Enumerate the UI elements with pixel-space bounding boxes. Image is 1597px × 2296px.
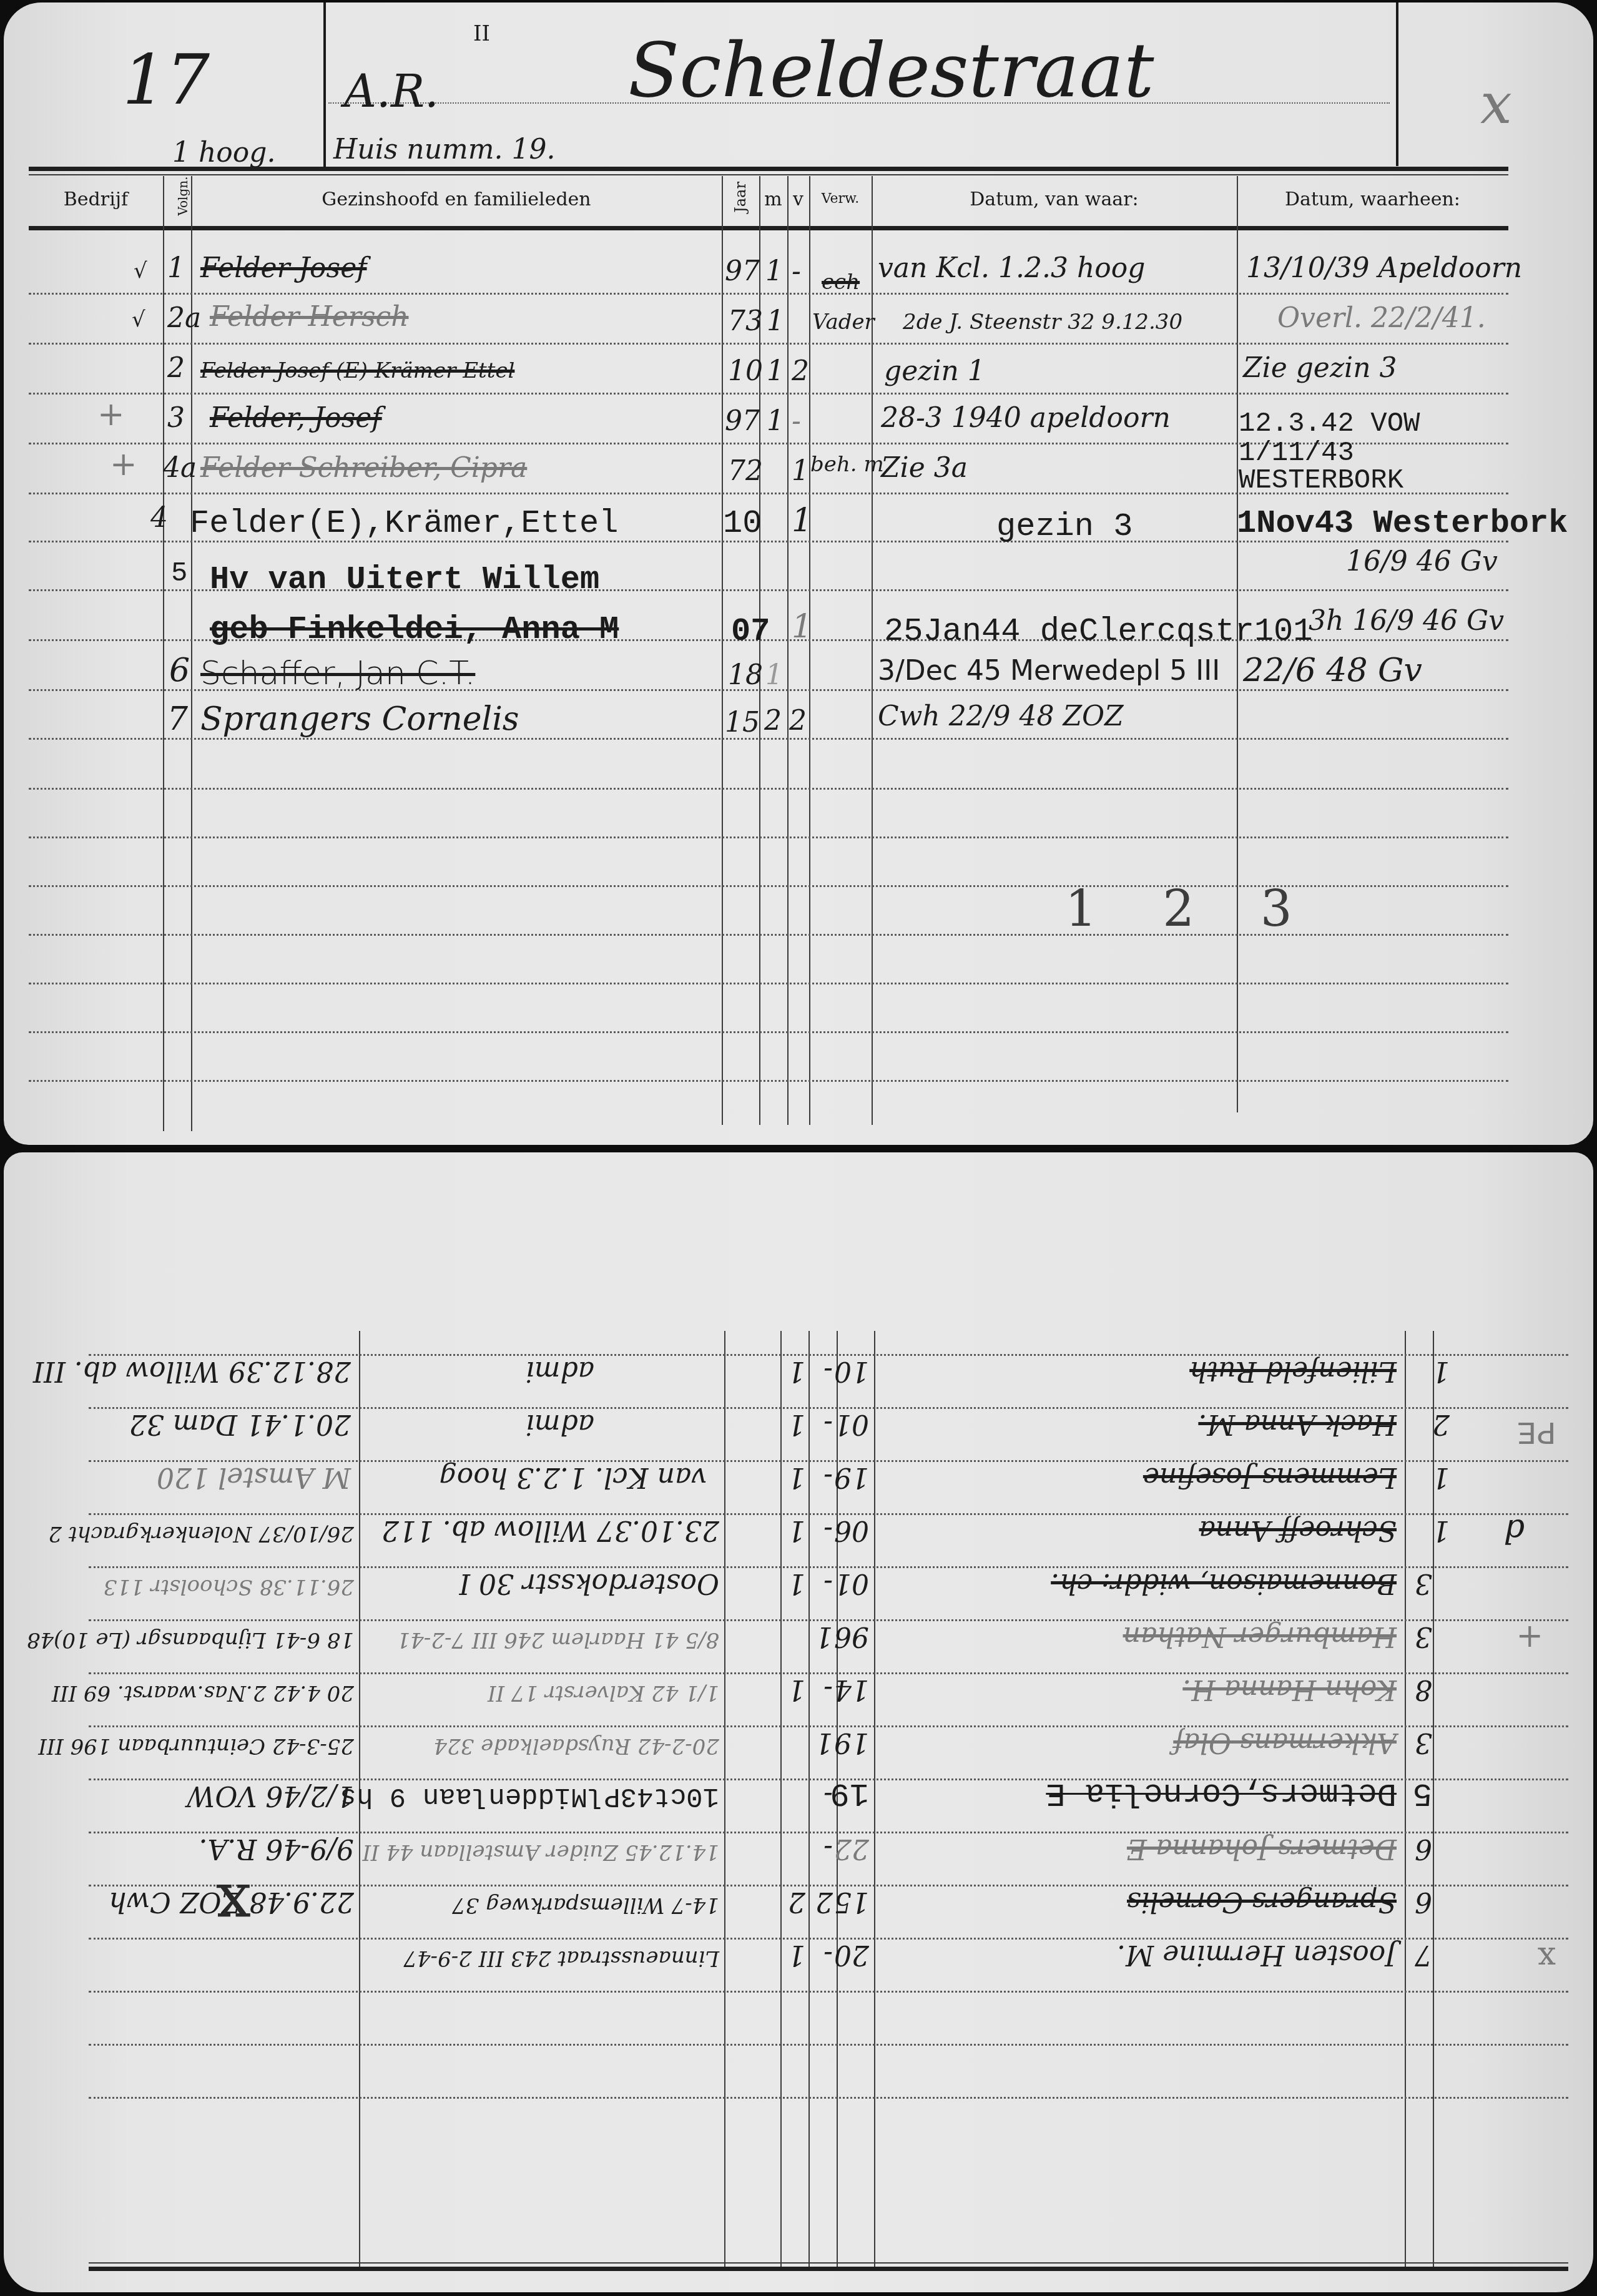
row-m: -: [823, 1355, 833, 1387]
row-volgn: 5: [1413, 1775, 1432, 1812]
row-name: Kohn Hanna H.: [1182, 1674, 1397, 1705]
row-volgn: 1: [1432, 1355, 1450, 1387]
row-m: -: [823, 1461, 833, 1493]
street-name: Scheldestraat: [628, 27, 1154, 114]
row-jaar: 15: [725, 707, 760, 738]
row-waarheen: 12.3.42 VOW: [1239, 408, 1420, 439]
row-volgn: 2a: [167, 302, 201, 334]
row-m: 2: [815, 1886, 833, 1918]
row-v: 1: [788, 1674, 805, 1705]
row-van-waar: 14.12.45 Zuider Amstellaan 44 II: [362, 1840, 719, 1865]
row-van-waar: 10ct43PlMiddenlaan 9 hs: [340, 1780, 719, 1812]
register-card-back-inverted: 1 Lilienfeld Ruth 10 - 1 admi 28.12.39 W…: [4, 1152, 1593, 2292]
row-name: Detmers Johanna E: [1127, 1833, 1397, 1865]
rule-v2: [1405, 1331, 1406, 2267]
row-waarheen: 13/10/39 Apeldoorn: [1246, 252, 1522, 284]
row-line: [29, 1031, 1508, 1033]
floor-label: 1 hoog.: [172, 137, 275, 169]
row-verw: ech: [822, 270, 860, 295]
row-volgn: 3: [167, 402, 185, 434]
rule-v6: [780, 1331, 782, 2267]
row-waarheen: 25-3-42 Ceintuurbaan 196 III: [38, 1734, 354, 1759]
row-jaar: 14: [834, 1674, 869, 1705]
row-volgn: 1: [1432, 1514, 1450, 1546]
rule-top: [89, 2267, 1568, 2271]
row-volgn: 5: [171, 558, 187, 589]
row-van-waar: admi: [526, 1408, 594, 1440]
row-v: 1: [792, 455, 809, 487]
rule-v3: [874, 1331, 875, 2267]
row-name: Schaffer, Jan C.T.: [200, 655, 475, 692]
row-waarheen: 18 6-41 Lijnbaansgr (Le 10)48: [27, 1627, 354, 1652]
row-v: 1: [792, 608, 812, 645]
row-waarheen: 3h 16/9 46 Gv: [1309, 605, 1504, 637]
row-m: 1: [815, 1621, 833, 1652]
row-jaar: 10: [728, 355, 763, 387]
row-name: Sprangers Cornelis: [200, 700, 519, 738]
row-volgn: 6: [169, 652, 190, 689]
col-gezinshoofd: Gezinshoofd en familieleden: [191, 189, 722, 210]
row-m: 1: [815, 1727, 833, 1759]
row-line: [89, 1991, 1568, 1993]
margin-note: PE: [1517, 1413, 1556, 1450]
row-jaar: 20: [834, 1939, 869, 1971]
row-v: 2: [792, 355, 809, 387]
row-m: -: [823, 1939, 833, 1971]
row-m: 1: [765, 659, 783, 691]
corner-mark: x: [216, 1870, 251, 1943]
row-jaar: 10: [723, 505, 762, 542]
row-line: [29, 293, 1508, 295]
row-waarheen: 20.1.41 Dam 32: [129, 1408, 351, 1440]
deceased-cross: +: [1516, 1618, 1543, 1656]
row-name: Schroeff Anna: [1199, 1514, 1397, 1546]
row-v: -: [792, 255, 801, 287]
row-line: [29, 1080, 1508, 1082]
row-line: [29, 983, 1508, 984]
col-jaar-label: Jaar: [732, 182, 749, 213]
col-waarheen: Datum, waarheen:: [1237, 189, 1508, 210]
row-name: Felder Josef: [200, 252, 712, 284]
row-waarheen: 1Nov43 Westerbork: [1237, 505, 1568, 542]
row-volgn: 6: [1415, 1833, 1432, 1865]
row-jaar: 97: [725, 405, 760, 437]
row-jaar: 01: [834, 1567, 869, 1599]
district-suffix: II: [473, 21, 490, 46]
row-jaar: 10: [834, 1355, 869, 1387]
row-m: -: [823, 1780, 833, 1812]
col-van-waar: Datum, van waar:: [872, 189, 1237, 210]
row-name: Felder(E),Krämer,Ettel: [190, 505, 619, 542]
row-waarheen: 22/6 48 Gv: [1243, 652, 1422, 689]
row-van-waar: 8/5 41 Haarlem 246 III 7-2-41: [397, 1627, 719, 1652]
row-name: geb Finkeldei, Anna M: [210, 611, 619, 648]
row-v: 1: [788, 1461, 805, 1493]
row-name: Felder Josef (E) Krämer Ettel: [200, 358, 514, 383]
row-v: 1: [792, 502, 812, 539]
row-jaar: 15: [834, 1886, 869, 1918]
row-jaar: 07: [731, 613, 770, 650]
district-label: A.R.: [344, 65, 439, 117]
row-waarheen: 1/11/43 WESTERBORK: [1239, 439, 1507, 494]
row-m: -: [823, 1674, 833, 1705]
row-line: [29, 788, 1508, 790]
margin-note: d: [1504, 1512, 1525, 1549]
row-jaar: 19: [834, 1727, 869, 1759]
header-rule-top: [29, 167, 1508, 171]
row-van-waar: 1/1 42 Kalverstr 17 II: [488, 1680, 719, 1705]
row-van-waar: van Kcl. 1.2.3 hoog: [440, 1461, 707, 1493]
row-name: Hv van Uitert Willem: [210, 561, 599, 598]
row-volgn: 6: [1415, 1886, 1432, 1918]
pencil-note: 1 2 3: [1065, 880, 1317, 938]
header-divider-left: [323, 2, 326, 171]
row-line: [29, 836, 1508, 838]
row-jaar: 06: [834, 1514, 869, 1546]
row-v: 2: [789, 705, 807, 737]
row-name: Detmers,Cornelia E: [1046, 1775, 1397, 1812]
row-volgn: 2: [167, 352, 185, 384]
deceased-cross: +: [110, 446, 137, 483]
row-van-waar: Zie 3a: [881, 452, 968, 484]
house-number: Huis numm. 19.: [333, 134, 555, 165]
row-verw: Vader: [812, 310, 875, 335]
row-line: [29, 343, 1508, 345]
row-name: Lemmens Josefine: [1143, 1461, 1397, 1493]
row-v: 1: [788, 1567, 805, 1599]
row-jaar: 73: [728, 305, 763, 337]
row-name: Felder Schreiber, Cipra: [200, 452, 527, 484]
row-v: 1: [788, 1939, 805, 1971]
row-waarheen: 16/9 46 Gv: [1346, 546, 1498, 577]
row-van-waar: 25Jan44 deClercqstr101: [884, 613, 1313, 650]
row-name: Felder Hersch: [210, 301, 408, 333]
corner-mark: x: [1480, 71, 1512, 137]
row-van-waar: Linnaeusstraat 243 III 2-9-47: [403, 1946, 719, 1971]
row-line: [89, 2097, 1568, 2099]
row-name: Hack Anna M.: [1198, 1408, 1397, 1440]
header-rule-bottom: [29, 226, 1508, 230]
col-jaar: Jaar: [722, 189, 759, 206]
row-line: [29, 738, 1508, 740]
row-m: -: [823, 1567, 833, 1599]
row-van-waar: gezin 1: [884, 355, 985, 387]
row-v: 2: [788, 1886, 805, 1918]
check-mark: √: [134, 258, 147, 283]
row-jaar: 22: [834, 1833, 869, 1865]
row-waarheen: 9/9-46 R.A.: [199, 1833, 354, 1865]
col-bedrijf: Bedrijf: [29, 189, 163, 210]
row-volgn: 2: [1432, 1408, 1450, 1440]
rule-top-thin: [89, 2262, 1568, 2264]
row-volgn: 7: [167, 700, 188, 738]
check-mark: √: [132, 307, 145, 332]
row-volgn: 1: [1432, 1461, 1450, 1493]
header-rule-top-thin: [29, 174, 1508, 175]
row-m: -: [823, 1408, 833, 1440]
col-volgn-label: Volgn.: [175, 176, 190, 215]
row-van-waar: 28-3 1940 apeldoorn: [881, 402, 1171, 434]
row-volgn: 3: [1415, 1727, 1432, 1759]
row-v: 1: [788, 1355, 805, 1387]
row-jaar: 19: [830, 1775, 869, 1812]
row-waarheen: 26/10/37 Nolenkerkgracht 2: [48, 1521, 354, 1546]
row-volgn: 4a: [163, 452, 197, 484]
row-waarheen: 26.11.38 Schoolstr 113: [104, 1574, 354, 1599]
row-m: 1: [767, 405, 784, 437]
row-name: Hamburger Nathan: [1123, 1621, 1397, 1652]
row-volgn: 1: [167, 252, 185, 284]
row-van-waar: van Kcl. 1.2.3 hoog: [878, 252, 1145, 284]
row-volgn: 7: [1415, 1939, 1432, 1971]
row-van-waar: Oosterdoksstr 30 I: [459, 1567, 719, 1599]
row-van-waar: Cwh 22/9 48 ZOZ: [878, 700, 1124, 732]
row-m: -: [823, 1833, 833, 1865]
margin-note: x: [1538, 1940, 1556, 1977]
rule-v5: [808, 1331, 810, 2267]
col-v: v: [787, 189, 809, 210]
row-jaar: 18: [728, 659, 763, 691]
row-volgn: 8: [1415, 1674, 1432, 1705]
row-name: Felder, Josef: [210, 402, 382, 434]
row-name: Akkermans Olaf: [1173, 1727, 1397, 1759]
row-verw: beh. m.: [810, 452, 890, 477]
col-volgn: Volgn.: [163, 189, 191, 204]
row-waarheen: 20 4.42 2.Nas.waarst. 69 III: [52, 1680, 354, 1705]
row-name: Joosten Hermine M.: [1117, 1939, 1397, 1971]
row-jaar: 19: [834, 1461, 869, 1493]
row-van-waar: 23.10.37 Willow ab. 112: [381, 1514, 719, 1546]
row-volgn: 4: [150, 502, 168, 534]
row-van-waar: 3/Dec 45 Merwedepl 5 III: [878, 655, 1220, 687]
row-van-waar: 14-7 Willemsparkweg 37: [452, 1893, 719, 1918]
row-waarheen: Overl. 22/2/41.: [1277, 302, 1486, 334]
row-van-waar: gezin 3: [996, 508, 1133, 545]
row-line: [89, 2044, 1568, 2046]
row-name: Sprangers Cornelis: [1127, 1886, 1397, 1918]
deceased-cross: +: [97, 396, 125, 433]
col-m: m: [759, 189, 787, 210]
row-m: 1: [767, 355, 784, 387]
rule-v1: [163, 176, 164, 1131]
row-name: Lilienfeld Ruth: [1189, 1355, 1397, 1387]
row-m: 2: [764, 705, 782, 737]
row-m: 1: [767, 305, 784, 337]
row-v: 1: [788, 1408, 805, 1440]
row-m: 1: [765, 255, 783, 287]
col-verw: Verw.: [809, 191, 872, 207]
row-volgn: 3: [1415, 1621, 1432, 1652]
row-volgn: 3: [1415, 1567, 1432, 1599]
row-waarheen: 28.12.39 Willow ab. III: [33, 1355, 351, 1387]
rule-v7: [724, 1331, 725, 2267]
row-van-waar: 20-2-42 Ruysdaelkade 324: [433, 1734, 719, 1759]
row-waarheen: 1/2/46 VOW: [187, 1780, 354, 1812]
row-jaar: 96: [834, 1621, 869, 1652]
row-v: 1: [788, 1514, 805, 1546]
row-name: Bonnemaison, widdr: ch.: [1051, 1567, 1397, 1599]
register-card-front: 17 1 hoog. A.R. II Scheldestraat Huis nu…: [4, 2, 1593, 1145]
header-divider-right: [1396, 2, 1398, 166]
row-waarheen: M Amstel 120: [157, 1461, 351, 1493]
card-number: 17: [122, 40, 210, 120]
row-m: -: [823, 1514, 833, 1546]
row-line: [29, 393, 1508, 395]
row-jaar: 72: [728, 455, 763, 487]
row-jaar: 97: [725, 255, 760, 287]
row-van-waar: admi: [526, 1355, 594, 1387]
row-v: -: [792, 405, 801, 437]
row-van-waar: 2de J. Steenstr 32 9.12.30: [903, 310, 1182, 335]
row-waarheen: Zie gezin 3: [1243, 352, 1397, 384]
row-jaar: 01: [834, 1408, 869, 1440]
